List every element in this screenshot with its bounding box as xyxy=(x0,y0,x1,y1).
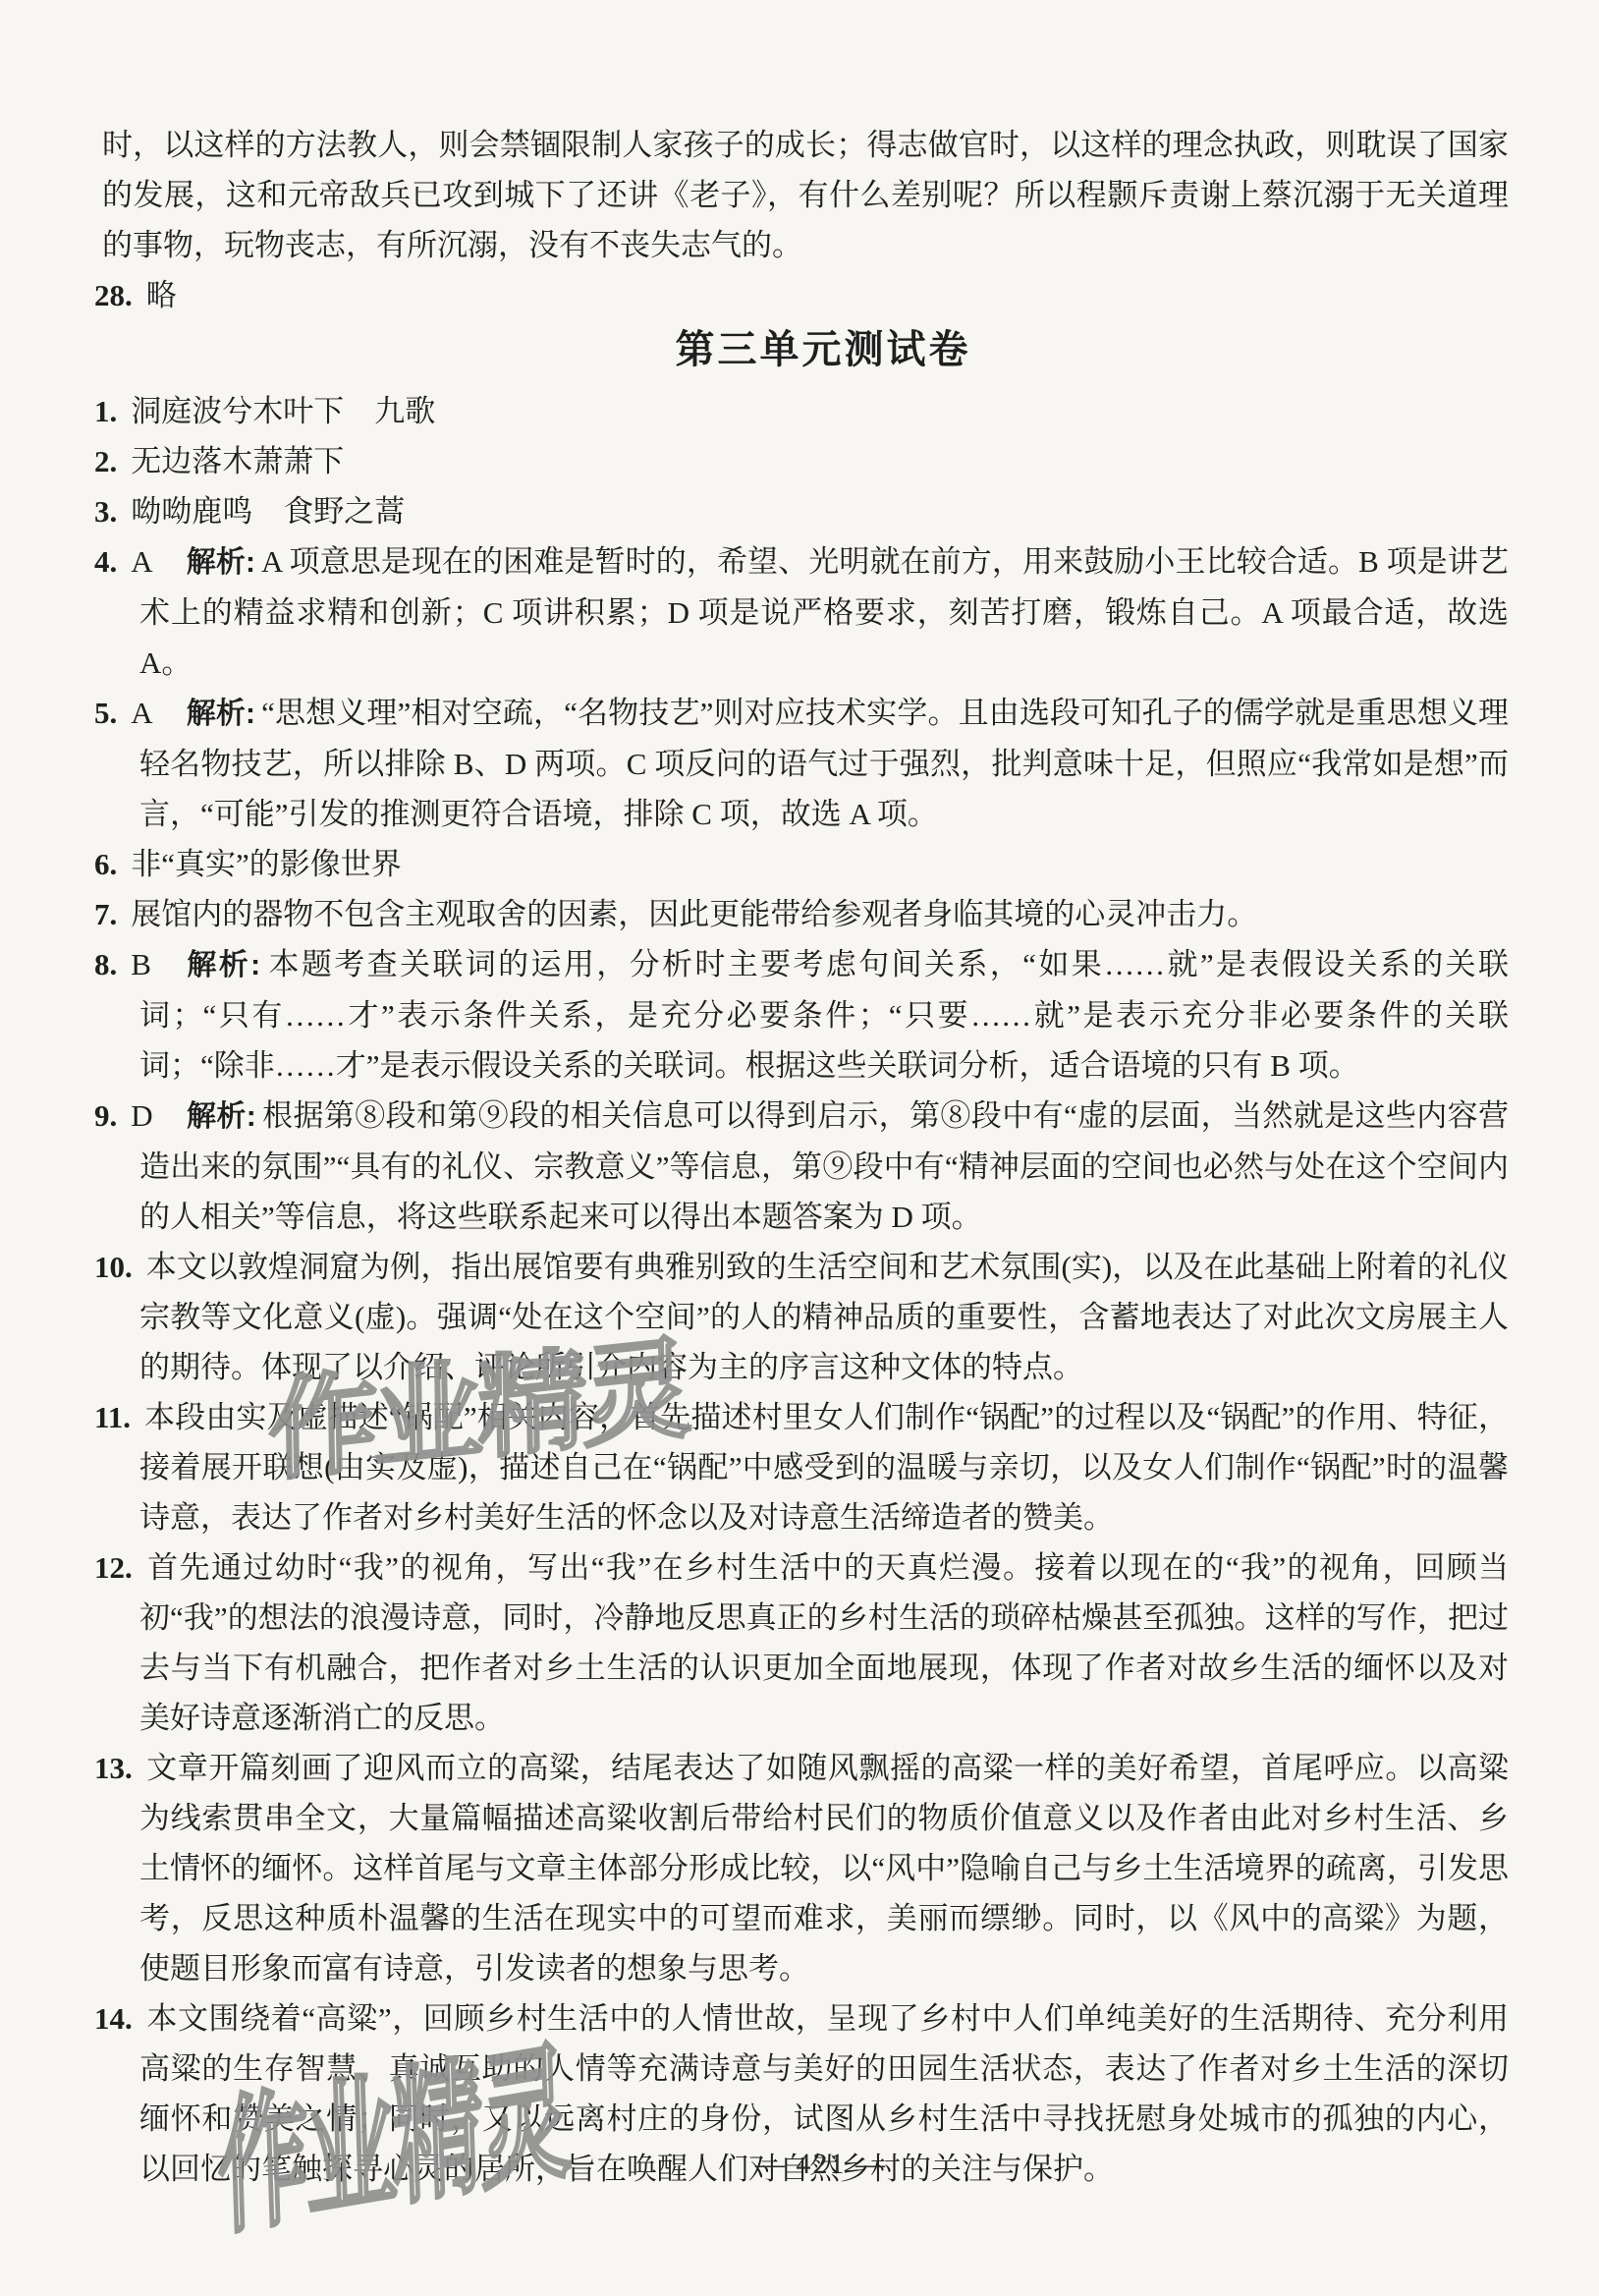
answer-item-28: 28.略 xyxy=(94,270,1509,320)
answer-item-8: 8.B解析:本题考查关联词的运用，分析时主要考虑句间关系，“如果……就”是表假设… xyxy=(94,939,1509,1091)
answer-item-10: 10.本文以敦煌洞窟为例，指出展馆要有典雅别致的生活空间和艺术氛围(实)，以及在… xyxy=(94,1242,1509,1392)
answer-item-5: 5.A解析:“思想义理”相对空疏，“名物技艺”则对应技术实学。且由选段可知孔子的… xyxy=(94,688,1509,839)
answer-number: 9. xyxy=(94,1098,117,1133)
answer-number: 7. xyxy=(94,897,117,931)
answers-list: 1.洞庭波兮木叶下 九歌2.无边落木萧萧下3.呦呦鹿鸣 食野之蒿4.A解析:A … xyxy=(94,386,1509,2194)
answer-number: 8. xyxy=(94,947,117,981)
answer-item-4: 4.A解析:A 项意思是现在的困难是暂时的，希望、光明就在前方，用来鼓励小王比较… xyxy=(94,536,1509,688)
answer-item-9: 9.D解析:根据第⑧段和第⑨段的相关信息可以得到启示，第⑧段中有“虚的层面，当然… xyxy=(94,1091,1509,1242)
analysis-label: 解析: xyxy=(187,1100,256,1133)
answer-number: 2. xyxy=(94,444,117,478)
answer-text: 呦呦鹿鸣 食野之蒿 xyxy=(131,494,405,529)
answer-text: 本文以敦煌洞窟为例，指出展馆要有典雅别致的生活空间和艺术氛围(实)，以及在此基础… xyxy=(139,1250,1509,1384)
answer-number: 12. xyxy=(94,1550,133,1585)
answer-number: 5. xyxy=(94,696,117,730)
answer-number: 13. xyxy=(94,1751,133,1785)
answer-item-12: 12.首先通过幼时“我”的视角，写出“我”在乡村生活中的天真烂漫。接着以现在的“… xyxy=(94,1542,1509,1743)
answer-text: 展馆内的器物不包含主观取舍的因素，因此更能带给参观者身临其境的心灵冲击力。 xyxy=(131,897,1257,931)
page-number: — 421 — xyxy=(0,2148,1599,2181)
answer-item-2: 2.无边落木萧萧下 xyxy=(94,436,1509,486)
answer-letter: B xyxy=(131,947,151,981)
answer-text: 文章开篇刻画了迎风而立的高粱，结尾表达了如随风飘摇的高粱一样的美好希望，首尾呼应… xyxy=(139,1751,1509,1986)
section-heading: 第三单元测试卷 xyxy=(94,324,1509,374)
answer-text: “思想义理”相对空疏，“名物技艺”则对应技术实学。且由选段可知孔子的儒学就是重思… xyxy=(139,696,1509,831)
answer-number: 28. xyxy=(94,278,133,312)
answer-text: A 项意思是现在的困难是暂时的，希望、光明就在前方，用来鼓励小王比较合适。B 项… xyxy=(139,544,1509,680)
answer-number: 3. xyxy=(94,494,117,529)
answer-number: 1. xyxy=(94,394,117,428)
answer-item-6: 6.非“真实”的影像世界 xyxy=(94,839,1509,889)
analysis-label: 解析: xyxy=(187,546,255,579)
answer-text: 首先通过幼时“我”的视角，写出“我”在乡村生活中的天真烂漫。接着以现在的“我”的… xyxy=(139,1550,1509,1735)
answer-text: 洞庭波兮木叶下 九歌 xyxy=(131,394,435,428)
answer-text: 本题考查关联词的运用，分析时主要考虑句间关系，“如果……就”是表假设关系的关联词… xyxy=(139,947,1509,1083)
answer-item-1: 1.洞庭波兮木叶下 九歌 xyxy=(94,386,1509,436)
scanned-answer-page: 时，以这样的方法教人，则会禁锢限制人家孩子的成长；得志做官时，以这样的理念执政，… xyxy=(0,0,1599,2296)
answer-text: 无边落木萧萧下 xyxy=(131,444,344,478)
answer-item-13: 13.文章开篇刻画了迎风而立的高粱，结尾表达了如随风飘摇的高粱一样的美好希望，首… xyxy=(94,1743,1509,1993)
answer-letter: A xyxy=(131,544,152,579)
answer-letter: D xyxy=(131,1098,152,1133)
answer-number: 4. xyxy=(94,544,117,579)
page-content: 时，以这样的方法教人，则会禁锢限制人家孩子的成长；得志做官时，以这样的理念执政，… xyxy=(94,120,1509,2194)
analysis-label: 解析: xyxy=(187,698,255,730)
answer-text: 非“真实”的影像世界 xyxy=(131,847,402,881)
answer-text: 略 xyxy=(146,278,177,312)
answer-item-7: 7.展馆内的器物不包含主观取舍的因素，因此更能带给参观者身临其境的心灵冲击力。 xyxy=(94,889,1509,939)
answer-number: 10. xyxy=(94,1250,133,1284)
previous-answer-continuation: 时，以这样的方法教人，则会禁锢限制人家孩子的成长；得志做官时，以这样的理念执政，… xyxy=(102,120,1509,270)
answer-text: 本段由实及虚描述“锅配”相关内容，首先描述村里女人们制作“锅配”的过程以及“锅配… xyxy=(139,1400,1509,1535)
answer-number: 6. xyxy=(94,847,117,881)
answer-text: 根据第⑧段和第⑨段的相关信息可以得到启示，第⑧段中有“虚的层面，当然就是这些内容… xyxy=(139,1098,1509,1234)
analysis-label: 解析: xyxy=(185,949,260,981)
answer-item-3: 3.呦呦鹿鸣 食野之蒿 xyxy=(94,486,1509,536)
answer-letter: A xyxy=(131,696,152,730)
answer-number: 14. xyxy=(94,2001,133,2036)
answer-item-11: 11.本段由实及虚描述“锅配”相关内容，首先描述村里女人们制作“锅配”的过程以及… xyxy=(94,1392,1509,1542)
answer-number: 11. xyxy=(94,1400,131,1434)
